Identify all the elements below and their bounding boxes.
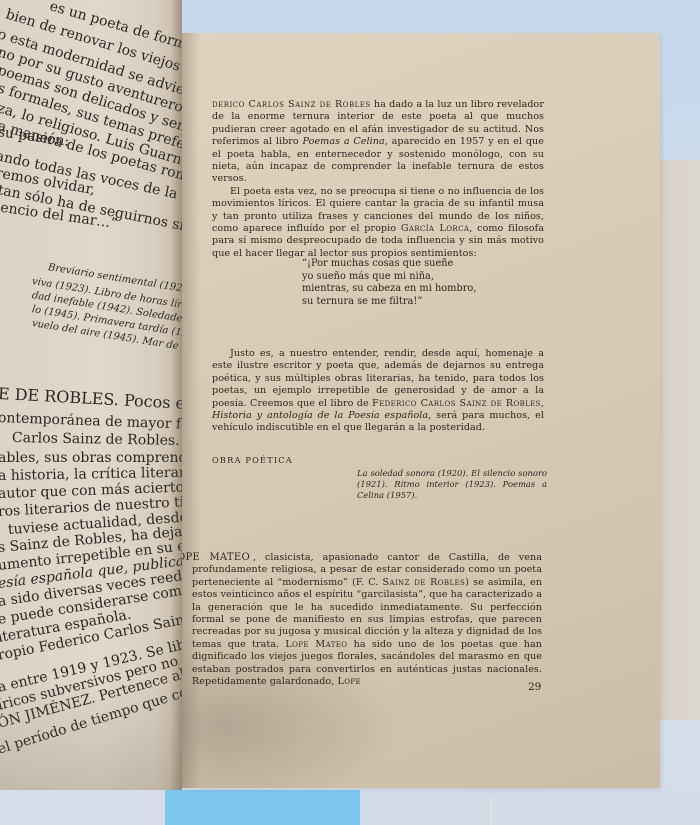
background-surface-bottom xyxy=(360,790,700,825)
text-line: ables, sus obras comprenden la xyxy=(0,450,182,466)
blue-surface xyxy=(165,790,365,825)
poem-line: mientras, su cabeza en mi hombro, xyxy=(302,283,532,296)
entry-lope-mateo: LOPE MATEO, clasicista, apasionado canto… xyxy=(170,552,542,688)
text-run: , xyxy=(541,398,544,409)
paragraph-block-1: derico Carlos Sainz de Robles ha dado a … xyxy=(212,99,544,260)
paragraph: Justo es, a nuestro entender, rendir, de… xyxy=(212,348,544,435)
author-name: Federico Carlos Sainz de Robles xyxy=(372,398,541,409)
author-name: Lope Mateo xyxy=(285,639,347,650)
author-name: Lope xyxy=(337,676,361,687)
book-title: Historia y antología de la Poesía españo… xyxy=(212,410,428,421)
poem-line: yo sueño más que mi niña, xyxy=(302,271,532,284)
page-shadow xyxy=(0,680,182,790)
author-name: derico Carlos Sainz de Robles xyxy=(212,99,371,110)
author-name: García Lorca xyxy=(401,223,469,234)
paragraph: El poeta esta vez, no se preocupa si tie… xyxy=(212,186,544,260)
book-page-left: es un poeta de formación bien de renovar… xyxy=(0,0,182,790)
text-line: Carlos Sainz de Robles. Su xyxy=(12,430,182,449)
poem-line: su ternura se me filtra!” xyxy=(302,296,532,309)
poem-line: “¡Por muchas cosas que sueñe xyxy=(302,258,532,271)
paragraph: derico Carlos Sainz de Robles ha dado a … xyxy=(212,99,544,186)
page-number: 29 xyxy=(528,681,541,693)
poem-quote: “¡Por muchas cosas que sueñe yo sueño má… xyxy=(302,258,532,308)
surface-edge xyxy=(490,795,492,825)
background-surface xyxy=(660,160,700,720)
book-page-right: derico Carlos Sainz de Robles ha dado a … xyxy=(182,33,660,788)
book-title: Poemas a Celina xyxy=(303,136,385,147)
paragraph-block-2: Justo es, a nuestro entender, rendir, de… xyxy=(212,348,544,435)
page-curl-edge xyxy=(170,0,182,790)
paragraph: LOPE MATEO, clasicista, apasionado canto… xyxy=(170,552,542,688)
author-name: Sainz de Robles xyxy=(382,577,465,588)
section-heading: Obra poética xyxy=(212,455,293,465)
works-list: La soledad sonora (1920). El silencio so… xyxy=(357,468,547,502)
